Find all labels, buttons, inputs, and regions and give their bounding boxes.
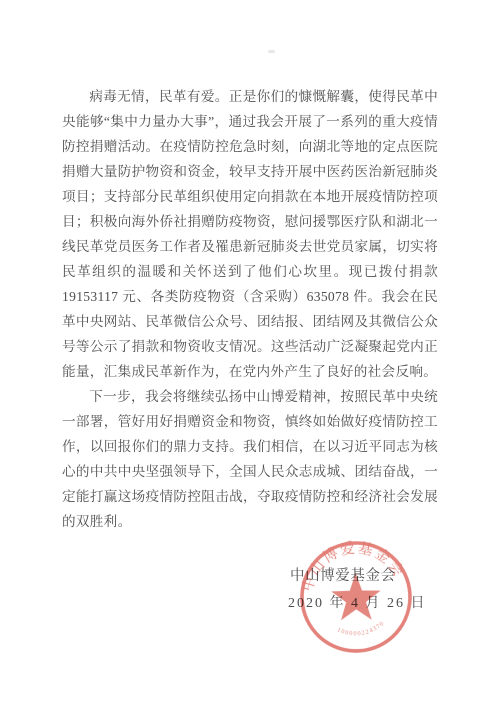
signature-date: 2020 年 4 月 26 日 (288, 592, 427, 612)
letter-body: 病毒无情，民革有爱。正是你们的慷慨解囊，使得民革中央能够“集中力量办大事”，通过… (62, 84, 438, 534)
paragraph-2: 下一步，我会将继续弘扬中山博爱精神，按照民革中央统一部署，管好用好捐赠资金和物资… (62, 384, 438, 534)
letter-page: 病毒无情，民革有爱。正是你们的慷慨解囊，使得民革中央能够“集中力量办大事”，通过… (0, 0, 500, 707)
scan-artifact (268, 50, 275, 53)
paragraph-1: 病毒无情，民革有爱。正是你们的慷慨解囊，使得民革中央能够“集中力量办大事”，通过… (62, 84, 438, 384)
seal-code: 100000224370 (335, 619, 387, 641)
signature-organization: 中山博爱基金会 (290, 564, 427, 585)
signature-block: 中山博爱基金会 2020 年 4 月 26 日 (288, 564, 427, 612)
